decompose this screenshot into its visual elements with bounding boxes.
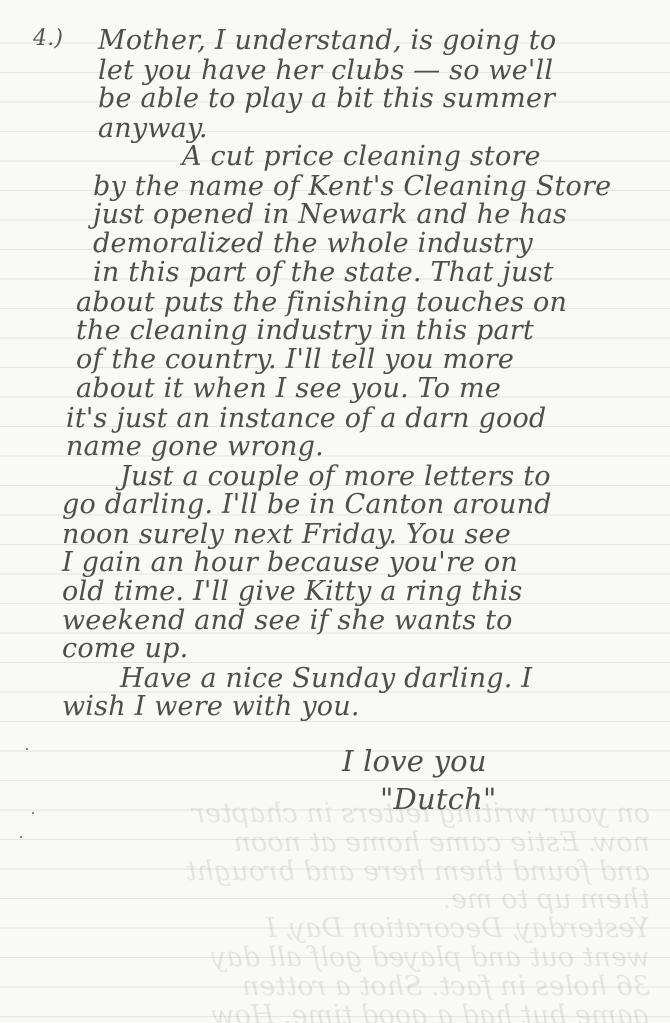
letter-line: noon surely next Friday. You see <box>62 520 511 550</box>
letter-line: demoralized the whole industry <box>93 229 533 259</box>
letter-line: about puts the finishing touches on <box>76 288 567 318</box>
letter-line: about it when I see you. To me <box>76 374 501 404</box>
letter-line: go darling. I'll be in Canton around <box>62 490 552 520</box>
letter-line: of the country. I'll tell you more <box>76 345 514 375</box>
letter-line: in this part of the state. That just <box>93 258 554 288</box>
closing: I love you <box>342 744 487 778</box>
page-number: 4.) <box>33 26 63 51</box>
signature: "Dutch" <box>380 782 497 816</box>
letter-line: weekend and see if she wants to <box>62 606 513 636</box>
letter-line: it's just an instance of a darn good <box>66 404 546 434</box>
letter-line: by the name of Kent's Cleaning Store <box>93 172 611 202</box>
letter-line: Mother, I understand, is going to <box>98 26 556 56</box>
letter-line: name gone wrong. <box>66 432 324 462</box>
reverse-side-bleed-through: on your writing letters in chapter now. … <box>50 800 650 1023</box>
letter-line: Have a nice Sunday darling. I <box>120 664 532 694</box>
letter-line: just opened in Newark and he has <box>93 200 567 230</box>
letter-line: let you have her clubs — so we'll <box>98 56 553 86</box>
paper-speck <box>20 836 22 838</box>
letter-line: I gain an hour because you're on <box>62 548 518 578</box>
letter-line: old time. I'll give Kitty a ring this <box>62 577 523 607</box>
paper-speck <box>32 812 34 814</box>
letter-line: Just a couple of more letters to <box>120 462 551 492</box>
letter-line: come up. <box>62 634 188 664</box>
paper-speck <box>26 748 28 750</box>
letter-line: wish I were with you. <box>62 692 360 722</box>
letter-line: anyway. <box>98 114 208 144</box>
letter-line: A cut price cleaning store <box>182 142 541 172</box>
letter-line: the cleaning industry in this part <box>76 316 534 346</box>
letter-line: be able to play a bit this summer <box>98 84 555 114</box>
letter-page: on your writing letters in chapter now. … <box>0 0 670 1023</box>
